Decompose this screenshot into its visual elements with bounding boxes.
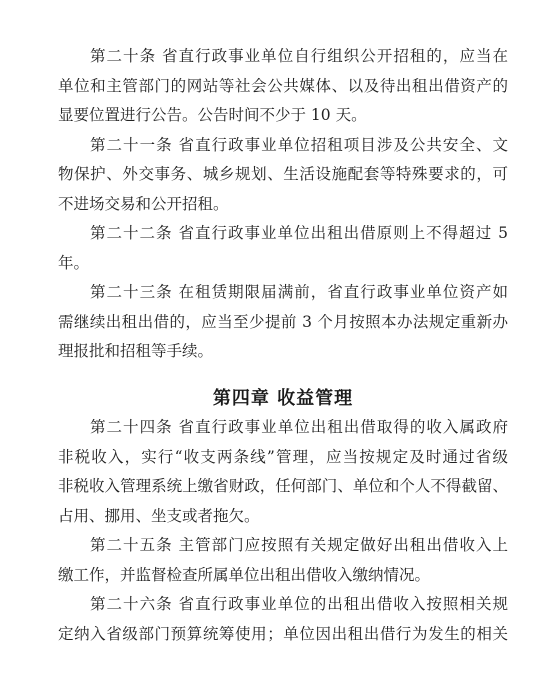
text-line: 非税收入管理系统上缴省财政，任何部门、单位和个人不得截留、 — [58, 472, 508, 502]
article-25: 第二十五条 主管部门应按照有关规定做好出租出借收入上缴工作，并监督检查所属单位出… — [58, 531, 508, 590]
text-line: 缴工作，并监督检查所属单位出租出借收入缴纳情况。 — [58, 561, 508, 591]
text-line: 第二十二条 省直行政事业单位出租出借原则上不得超过 5 — [58, 219, 508, 249]
article-26: 第二十六条 省直行政事业单位的出租出借收入按照相关规定纳入省级部门预算统筹使用；… — [58, 590, 508, 649]
article-22: 第二十二条 省直行政事业单位出租出借原则上不得超过 5年。 — [58, 219, 508, 278]
text-line: 第二十四条 省直行政事业单位出租出借取得的收入属政府 — [58, 413, 508, 443]
text-line: 需继续出租出借的，应当至少提前 3 个月按照本办法规定重新办 — [58, 308, 508, 338]
text-line: 非税收入，实行“收支两条线”管理，应当按规定及时通过省级 — [58, 443, 508, 473]
text-line: 不进场交易和公开招租。 — [58, 190, 508, 220]
document-content: 第二十条 省直行政事业单位自行组织公开招租的，应当在单位和主管部门的网站等社会公… — [58, 42, 508, 649]
article-24: 第二十四条 省直行政事业单位出租出借取得的收入属政府非税收入，实行“收支两条线”… — [58, 413, 508, 531]
text-line: 物保护、外交事务、城乡规划、生活设施配套等特殊要求的，可 — [58, 160, 508, 190]
article-21: 第二十一条 省直行政事业单位招租项目涉及公共安全、文物保护、外交事务、城乡规划、… — [58, 131, 508, 220]
text-line: 第二十六条 省直行政事业单位的出租出借收入按照相关规 — [58, 590, 508, 620]
text-line: 理报批和招租等手续。 — [58, 337, 508, 367]
text-line: 年。 — [58, 249, 508, 279]
text-line: 占用、挪用、坐支或者拖欠。 — [58, 502, 508, 532]
text-line: 第二十条 省直行政事业单位自行组织公开招租的，应当在 — [58, 42, 508, 72]
text-line: 第二十三条 在租赁期限届满前，省直行政事业单位资产如 — [58, 278, 508, 308]
chapter-4-heading: 第四章 收益管理 — [58, 384, 508, 414]
text-line: 第二十一条 省直行政事业单位招租项目涉及公共安全、文 — [58, 131, 508, 161]
article-23: 第二十三条 在租赁期限届满前，省直行政事业单位资产如需继续出租出借的，应当至少提… — [58, 278, 508, 367]
text-line: 第二十五条 主管部门应按照有关规定做好出租出借收入上 — [58, 531, 508, 561]
text-line: 定纳入省级部门预算统筹使用；单位因出租出借行为发生的相关 — [58, 620, 508, 650]
text-line: 单位和主管部门的网站等社会公共媒体、以及待出租出借资产的 — [58, 72, 508, 102]
article-20: 第二十条 省直行政事业单位自行组织公开招租的，应当在单位和主管部门的网站等社会公… — [58, 42, 508, 131]
document-page: 第二十条 省直行政事业单位自行组织公开招租的，应当在单位和主管部门的网站等社会公… — [0, 0, 545, 691]
text-line: 显要位置进行公告。公告时间不少于 10 天。 — [58, 101, 508, 131]
